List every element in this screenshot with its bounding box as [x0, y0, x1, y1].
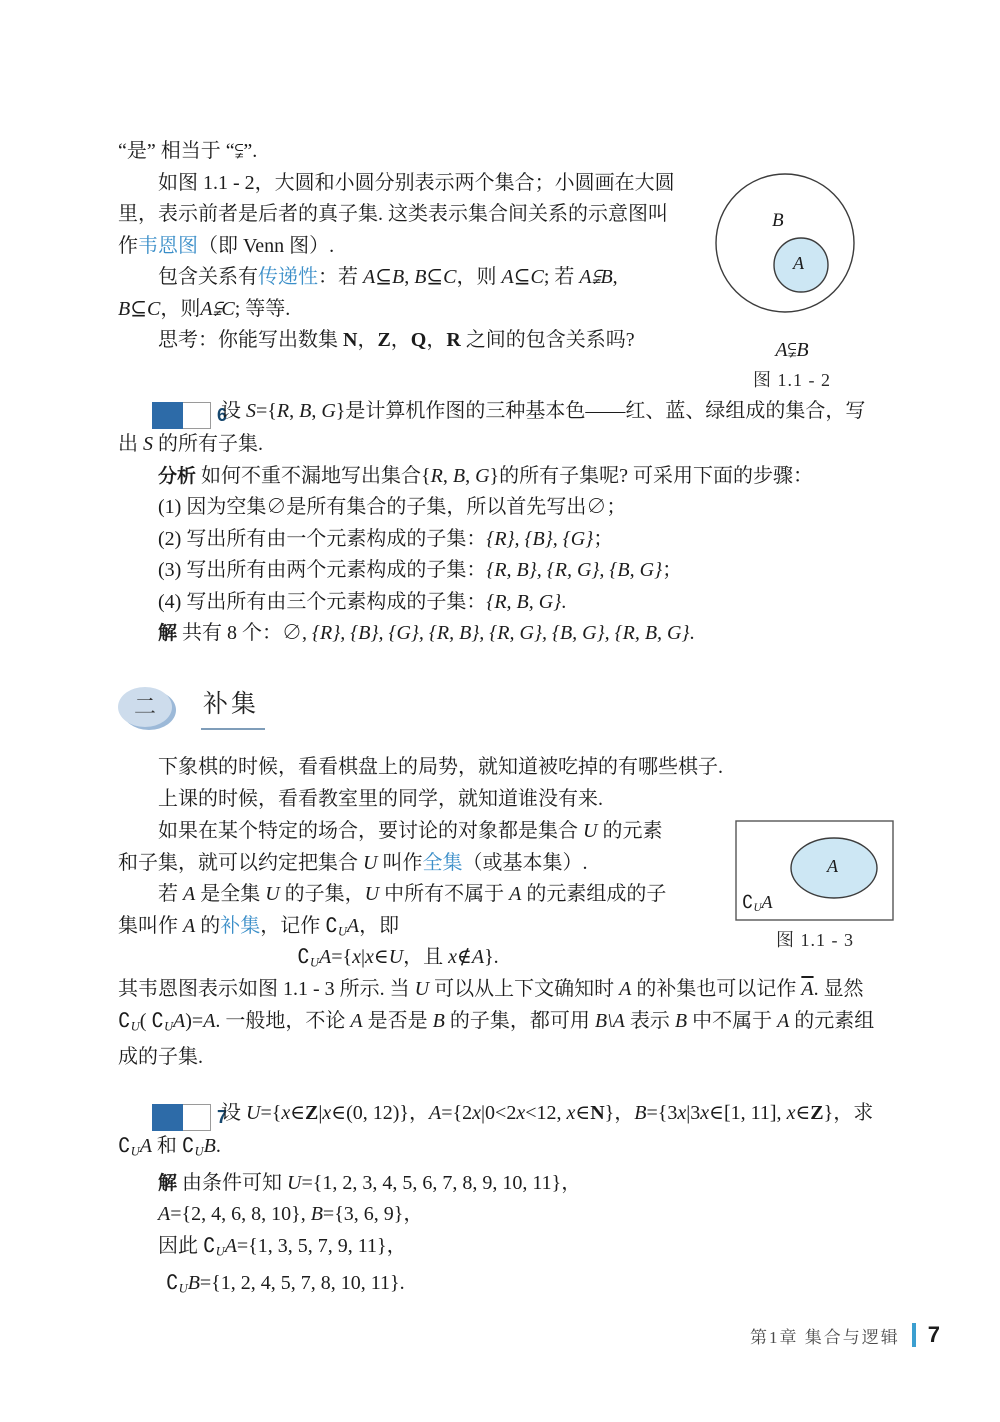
example-6-step-3: (3) 写出所有由两个元素构成的子集：{R, B}, {R, G}, {B, G…	[118, 555, 884, 587]
example-6-solution: 解 共有 8 个：∅, {R}, {B}, {G}, {R, B}, {R, G…	[118, 618, 884, 650]
paragraph-classroom: 上课的时候，看看教室里的同学，就知道谁没有来.	[118, 784, 774, 816]
paragraph-thinking-question: 思考：你能写出数集 N，Z，Q，R 之间的包含关系吗?	[118, 325, 680, 357]
section-number-bubble: 二	[118, 687, 172, 727]
example-6-statement: 例6设 S={R, B, G}是计算机作图的三种基本色——红、蓝、绿组成的集合，…	[118, 396, 884, 461]
section-title: 补集	[201, 684, 265, 730]
figure-label-complement: ∁UA	[742, 892, 773, 914]
page-number: 7	[928, 1322, 940, 1348]
paragraph-chess: 下象棋的时候，看看棋盘上的局势，就知道被吃掉的有哪些棋子.	[118, 752, 774, 784]
complement-diagram: A ∁UA	[735, 820, 895, 922]
venn-diagram-subset: B A	[697, 155, 887, 333]
example-6-statement-text: 设 S={R, B, G}是计算机作图的三种基本色——红、蓝、绿组成的集合，写出…	[118, 400, 865, 455]
paragraph-universal-set: 如果在某个特定的场合，要讨论的对象都是集合 U 的元素和子集，就可以约定把集合 …	[118, 816, 670, 879]
example-number: 7	[183, 1104, 211, 1131]
figure-label-b: B	[772, 210, 784, 232]
example-6-analysis: 分析 如何不重不漏地写出集合{R, B, G}的所有子集呢? 可采用下面的步骤：	[118, 461, 884, 493]
example-6-step-1: (1) 因为空集∅是所有集合的子集，所以首先写出∅；	[118, 492, 884, 524]
section-header-complement: 二 补集	[118, 684, 265, 744]
figure-label-a: A	[793, 253, 804, 274]
example-6-block: 例6设 S={R, B, G}是计算机作图的三种基本色——红、蓝、绿组成的集合，…	[118, 396, 884, 650]
chapter-title: 第1章 集合与逻辑	[750, 1323, 900, 1348]
example-7-solution-line-4: ∁UB={1, 2, 4, 5, 7, 8, 10, 11}.	[118, 1268, 884, 1305]
example-7-solution-line-3: 因此 ∁UA={1, 3, 5, 7, 9, 11}，	[118, 1231, 884, 1268]
complement-remarks: 其韦恩图表示如图 1.1 - 3 所示. 当 U 可以从上下文确知时 A 的补集…	[118, 974, 884, 1074]
paragraph-complement-definition: 若 A 是全集 U 的子集，U 中所有不属于 A 的元素组成的子集叫作 A 的补…	[118, 879, 670, 947]
page-footer: 第1章 集合与逻辑 7	[640, 1322, 940, 1348]
example-7-solution-line-2: A={2, 4, 6, 8, 10}, B={3, 6, 9}，	[118, 1199, 884, 1231]
figure-1-1-2: B A A⫋B 图 1.1 - 2	[697, 155, 887, 392]
intro-text-block: “是” 相当于 “⫋”. 如图 1.1 - 2，大圆和小圆分别表示两个集合；小圆…	[118, 136, 680, 357]
paragraph-complement-remarks: 其韦恩图表示如图 1.1 - 3 所示. 当 U 可以从上下文确知时 A 的补集…	[118, 974, 884, 1074]
example-number: 6	[183, 402, 211, 429]
paragraph-subset-symbol: “是” 相当于 “⫋”.	[118, 136, 680, 168]
paragraph-transitivity: 包含关系有传递性：若 A⊆B, B⊆C，则 A⊆C; 若 A⫋B, B⊆C，则A…	[118, 262, 680, 325]
example-7-statement-text: 设 U={x∈Z|x∈(0, 12)}，A={2x|0<2x<12, x∈N}，…	[118, 1102, 873, 1157]
example-6-step-4: (4) 写出所有由三个元素构成的子集：{R, B, G}.	[118, 587, 884, 619]
example-7-solution-line-1: 解 由条件可知 U={1, 2, 3, 4, 5, 6, 7, 8, 9, 10…	[118, 1168, 884, 1200]
complement-definition-paragraphs: 如果在某个特定的场合，要讨论的对象都是集合 U 的元素和子集，就可以约定把集合 …	[118, 816, 670, 947]
figure-number-caption: 图 1.1 - 3	[735, 926, 895, 952]
example-badge: 例	[152, 402, 183, 429]
complement-intro-paragraphs: 下象棋的时候，看看棋盘上的局势，就知道被吃掉的有哪些棋子. 上课的时候，看看教室…	[118, 752, 774, 815]
venn-diagram-svg	[697, 155, 887, 333]
paragraph-venn-intro: 如图 1.1 - 2，大圆和小圆分别表示两个集合；小圆画在大圆里，表示前者是后者…	[118, 168, 680, 263]
example-6-step-2: (2) 写出所有由一个元素构成的子集：{R}, {B}, {G}；	[118, 524, 884, 556]
example-badge: 例	[152, 1104, 183, 1131]
textbook-page: “是” 相当于 “⫋”. 如图 1.1 - 2，大圆和小圆分别表示两个集合；小圆…	[0, 0, 1000, 1422]
example-7-block: 例7设 U={x∈Z|x∈(0, 12)}，A={2x|0<2x<12, x∈N…	[118, 1098, 884, 1305]
figure-number-caption: 图 1.1 - 2	[697, 366, 887, 392]
figure-relation-caption: A⫋B	[697, 339, 887, 362]
footer-accent-bar	[912, 1323, 916, 1347]
figure-1-1-3: A ∁UA 图 1.1 - 3	[735, 820, 895, 952]
example-7-statement: 例7设 U={x∈Z|x∈(0, 12)}，A={2x|0<2x<12, x∈N…	[118, 1098, 884, 1168]
figure-label-a: A	[827, 856, 838, 877]
